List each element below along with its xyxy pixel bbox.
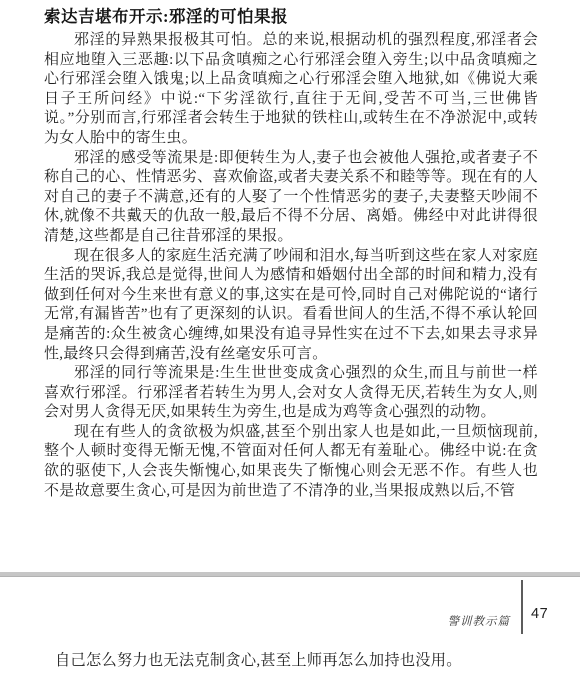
footer-section-label: 警训教示篇	[360, 613, 510, 629]
paragraph-4: 邪淫的同行等流果是:生生世世变成贪心强烈的众生,而且与前世一样喜欢行邪淫。行邪淫…	[44, 364, 538, 423]
paragraph-2: 邪淫的感受等流果是:即便转生为人,妻子也会被他人强抢,或者妻子不称自己的心、性情…	[44, 149, 538, 247]
paragraph-5: 现在有些人的贪欲极为炽盛,甚至个别出家人也是如此,一旦烦恼现前,整个人顿时变得无…	[44, 423, 538, 501]
page-number: 47	[531, 606, 548, 622]
paragraph-1: 邪淫的异熟果报极其可怕。总的来说,根据动机的强烈程度,邪淫者会相应地堕入三恶趣:…	[44, 31, 538, 149]
book-page: 索达吉堪布开示:邪淫的可怕果报 邪淫的异熟果报极其可怕。总的来说,根据动机的强烈…	[0, 0, 580, 685]
footer-divider-line	[521, 580, 523, 634]
body-text-block: 邪淫的异熟果报极其可怕。总的来说,根据动机的强烈程度,邪淫者会相应地堕入三恶趣:…	[44, 31, 538, 501]
paragraph-3: 现在很多人的家庭生活充满了吵闹和泪水,每当听到这些在家人对家庭生活的哭诉,我总是…	[44, 247, 538, 365]
next-page-first-line: 自己怎么努力也无法克制贪心,甚至上师再怎么加持也没用。	[55, 651, 549, 671]
page-title: 索达吉堪布开示:邪淫的可怕果报	[44, 6, 538, 28]
page-separator-line	[0, 572, 580, 577]
